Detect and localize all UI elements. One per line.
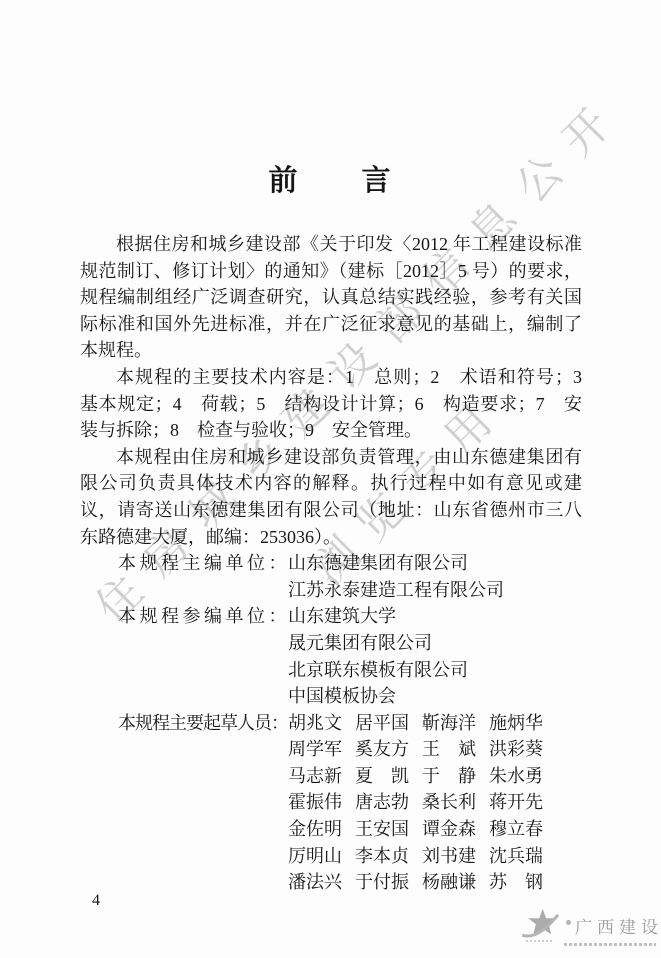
drafters-label: 本规程主要起草人员：: [118, 710, 288, 737]
chief-editor-label: 本规程主编单位：: [118, 550, 288, 577]
drafter-name: 于 静: [422, 763, 489, 790]
drafters-row: 马志新 夏 凯 于 静 朱水勇: [80, 763, 582, 790]
chief-editor-row: 本规程主编单位： 山东德建集团有限公司: [80, 550, 582, 577]
drafter-name: 朱水勇: [489, 763, 543, 790]
paragraph-contents: 本规程的主要技术内容是：1 总则；2 术语和符号；3 基本规定；4 荷载；5 结…: [80, 364, 582, 444]
drafter-name: 奚友方: [355, 736, 422, 763]
drafter-name: 霍振伟: [288, 789, 355, 816]
participating-editor-row: 本规程参编单位： 山东建筑大学: [80, 603, 582, 630]
page-title: 前 言: [0, 158, 661, 199]
drafters-row: 霍振伟 唐志勃 桑长利 蒋开先: [80, 789, 582, 816]
drafter-name: 施炳华: [489, 710, 543, 737]
logo-text: 广西建设网: [575, 913, 661, 938]
paragraph-basis: 根据住房和城乡建设部《关于印发〈2012 年工程建设标准规范制订、修订计划〉的通…: [80, 231, 582, 364]
drafters-row: 厉明山 李本贞 刘书建 沈兵瑞: [80, 843, 582, 870]
participating-editor-value: 北京联东模板有限公司: [288, 657, 468, 684]
logo-dot: [566, 920, 571, 925]
drafter-name: 洪彩葵: [489, 736, 543, 763]
drafters-row: 本规程主要起草人员： 胡兆文 居平国 靳海洋 施炳华: [80, 710, 582, 737]
drafters-row: 潘法兴 于付振 杨融谦 苏 钢: [80, 869, 582, 896]
drafter-name: 穆立春: [489, 816, 543, 843]
drafter-name: 王安国: [355, 816, 422, 843]
site-logo: 广西建设网: [520, 908, 658, 946]
drafters-row: 金佐明 王安国 谭金森 穆立春: [80, 816, 582, 843]
logo-tagline-line: [564, 943, 656, 946]
drafter-name: 刘书建: [422, 843, 489, 870]
drafter-name: 靳海洋: [422, 710, 489, 737]
paragraph-management: 本规程由住房和城乡建设部负责管理，由山东德建集团有限公司负责具体技术内容的解释。…: [80, 444, 582, 550]
drafter-name: 桑长利: [422, 789, 489, 816]
drafter-name: 王 斌: [422, 736, 489, 763]
participating-editor-value: 山东建筑大学: [288, 603, 396, 630]
drafter-name: 杨融谦: [422, 869, 489, 896]
drafter-name: 周学军: [288, 736, 355, 763]
drafter-name: 居平国: [355, 710, 422, 737]
star-swoosh-icon: [520, 908, 562, 942]
drafter-name: 李本贞: [355, 843, 422, 870]
body-text: 根据住房和城乡建设部《关于印发〈2012 年工程建设标准规范制订、修订计划〉的通…: [80, 231, 582, 896]
participating-editor-value: 晟元集团有限公司: [288, 630, 432, 657]
drafter-name: 潘法兴: [288, 869, 355, 896]
participating-editor-value: 中国模板协会: [288, 683, 396, 710]
drafter-name: 蒋开先: [489, 789, 543, 816]
drafters-row: 周学军 奚友方 王 斌 洪彩葵: [80, 736, 582, 763]
participating-editor-row: 北京联东模板有限公司: [80, 657, 582, 684]
drafter-name: 谭金森: [422, 816, 489, 843]
chief-editor-value: 江苏永泰建造工程有限公司: [288, 577, 504, 604]
drafter-name: 厉明山: [288, 843, 355, 870]
drafter-name: 于付振: [355, 869, 422, 896]
drafter-name: 金佐明: [288, 816, 355, 843]
chief-editor-row: 江苏永泰建造工程有限公司: [80, 577, 582, 604]
drafter-name: 马志新: [288, 763, 355, 790]
document-page: 住房城乡建设部信息公开 浏览专用 前 言 根据住房和城乡建设部《关于印发〈201…: [0, 0, 661, 958]
drafter-name: 苏 钢: [489, 869, 543, 896]
drafter-name: 夏 凯: [355, 763, 422, 790]
participating-editor-label: 本规程参编单位：: [118, 603, 288, 630]
drafter-name: 沈兵瑞: [489, 843, 543, 870]
participating-editor-row: 中国模板协会: [80, 683, 582, 710]
drafter-name: 胡兆文: [288, 710, 355, 737]
chief-editor-value: 山东德建集团有限公司: [288, 550, 468, 577]
drafter-name: 唐志勃: [355, 789, 422, 816]
participating-editor-row: 晟元集团有限公司: [80, 630, 582, 657]
page-number: 4: [92, 892, 100, 910]
